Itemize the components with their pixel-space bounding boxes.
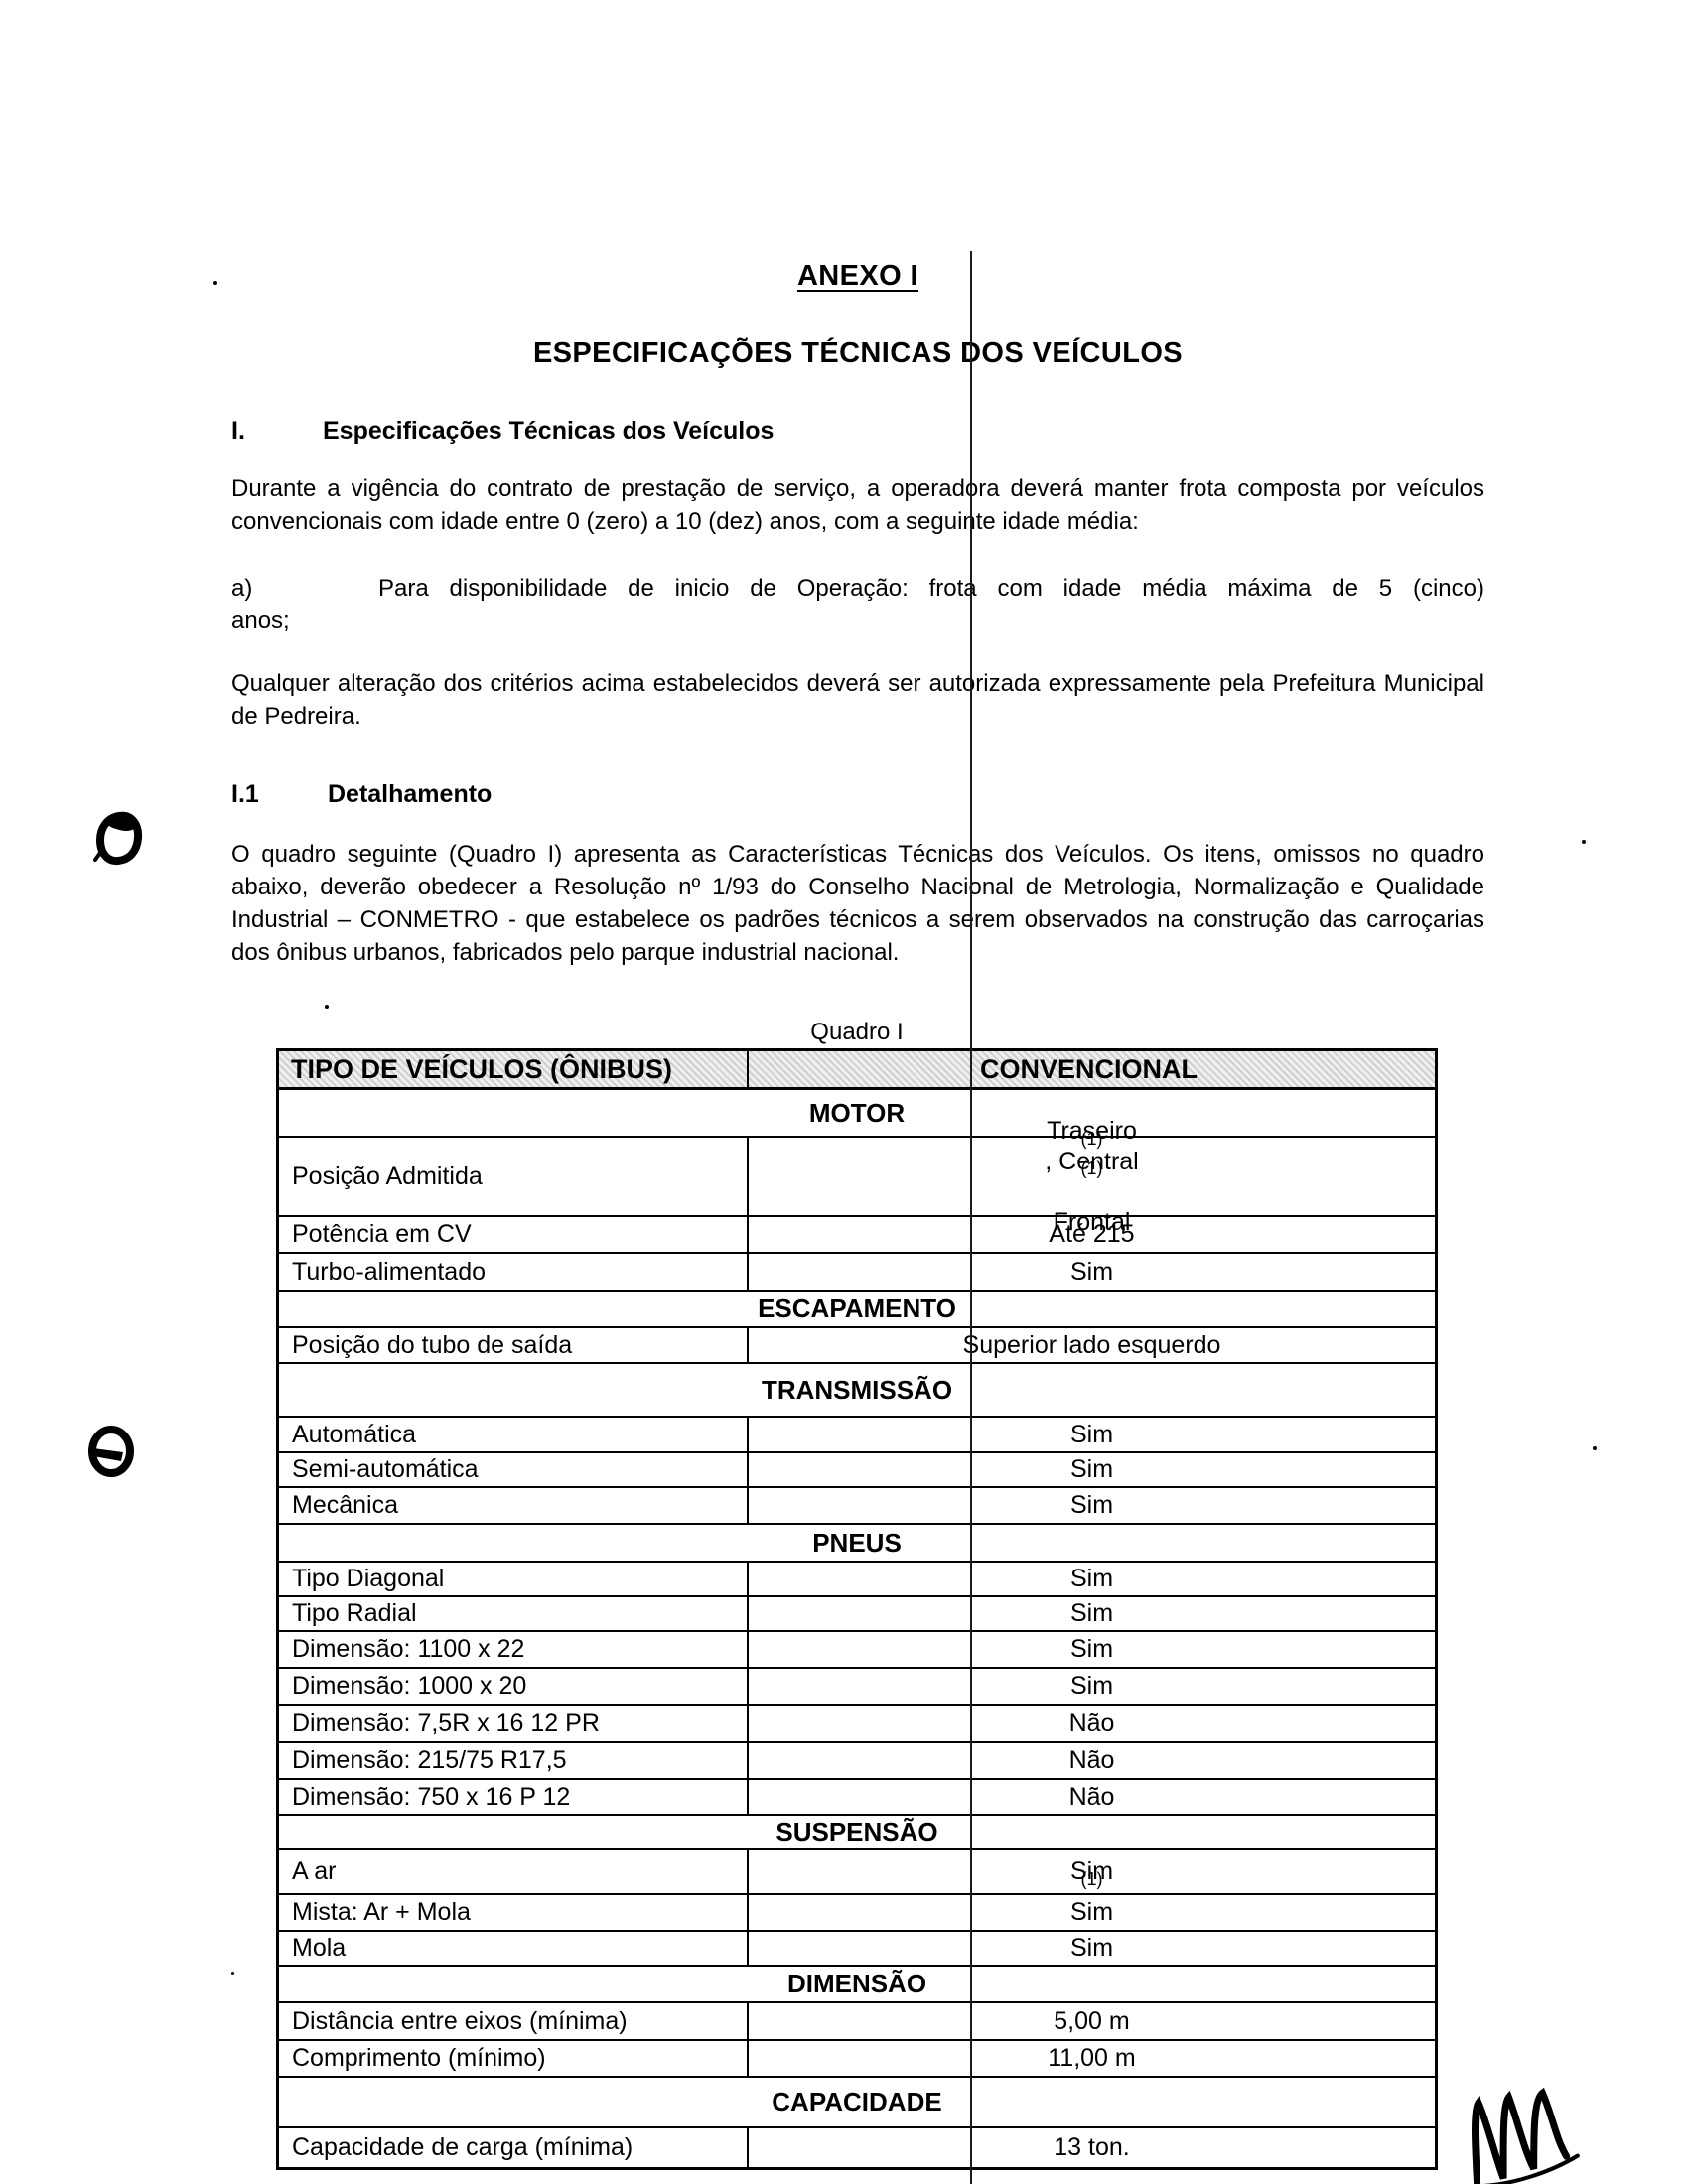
section-1-1-title: Detalhamento [328, 780, 492, 809]
table-row-label: Tipo Radial [279, 1597, 749, 1630]
table-row-value: 5,00 m [749, 2003, 1435, 2039]
paragraph-item-a: a)Para disponibilidade de inicio de Oper… [231, 572, 1484, 637]
table-row-value: Sim [749, 1632, 1435, 1667]
table-row: Dimensão: 7,5R x 16 12 PRNão [279, 1706, 1435, 1743]
table-section-row: SUSPENSÃO [279, 1816, 1435, 1850]
handwritten-scribble-icon [1460, 2085, 1589, 2184]
table-section-row: ESCAPAMENTO [279, 1292, 1435, 1328]
table-row-value: Sim [749, 1669, 1435, 1704]
table-section-row: PNEUS [279, 1525, 1435, 1563]
table-row-label: Dimensão: 1100 x 22 [279, 1632, 749, 1667]
speck-icon [325, 1005, 329, 1009]
speck-icon [1582, 840, 1586, 844]
ink-blot-icon [85, 1424, 137, 1481]
table-row-label: Dimensão: 7,5R x 16 12 PR [279, 1706, 749, 1741]
table-row-value: Sim [749, 1932, 1435, 1965]
paragraph-authorization: Qualquer alteração dos critérios acima e… [231, 667, 1484, 733]
table-row-label: Mecânica [279, 1488, 749, 1523]
table-section-label: ESCAPAMENTO [758, 1294, 956, 1324]
table-row-value: 13 ton. [749, 2128, 1435, 2167]
ink-blot-icon [93, 808, 145, 868]
table-row-label: Mola [279, 1932, 749, 1965]
table-row: Dimensão: 750 x 16 P 12Não [279, 1780, 1435, 1816]
table-row-value: Até 215 [749, 1217, 1435, 1252]
table-section-label: PNEUS [812, 1528, 902, 1559]
table-header-vehicle-type: TIPO DE VEÍCULOS (ÔNIBUS) [279, 1051, 749, 1087]
table-row: Potência em CVAté 215 [279, 1217, 1435, 1254]
table-row: MolaSim [279, 1932, 1435, 1967]
table-row: Capacidade de carga (mínima)13 ton. [279, 2128, 1435, 2167]
table-row-value: Traseiro (1), Central (1)Frontal [749, 1138, 1435, 1215]
speck-icon [1593, 1446, 1597, 1450]
table-row: Tipo RadialSim [279, 1597, 1435, 1632]
table-row: Dimensão: 1000 x 20Sim [279, 1669, 1435, 1706]
table-row-value: Sim [749, 1488, 1435, 1523]
table-section-label: DIMENSÃO [787, 1969, 926, 1999]
table-row-value: Sim [749, 1563, 1435, 1595]
table-row: Turbo-alimentadoSim [279, 1254, 1435, 1292]
table-header-convencional: CONVENCIONAL [749, 1051, 1435, 1087]
table-row-label: Capacidade de carga (mínima) [279, 2128, 749, 2167]
table-row-label: Distância entre eixos (mínima) [279, 2003, 749, 2039]
item-a-text-2: anos; [231, 608, 290, 634]
table-row: Posição AdmitidaTraseiro (1), Central (1… [279, 1138, 1435, 1217]
table-section-label: SUSPENSÃO [775, 1817, 937, 1847]
table-row: Mista: Ar + MolaSim [279, 1895, 1435, 1932]
table-row-label: Posição Admitida [279, 1138, 749, 1215]
table-section-label: TRANSMISSÃO [762, 1375, 952, 1406]
table-caption: Quadro I [276, 1019, 1438, 1046]
table-row-label: Comprimento (mínimo) [279, 2041, 749, 2076]
table-row-label: Turbo-alimentado [279, 1254, 749, 1290]
item-a-label: a) [231, 572, 378, 605]
table-row-label: Automática [279, 1418, 749, 1451]
table-row-label: Dimensão: 1000 x 20 [279, 1669, 749, 1704]
table-row-label: Mista: Ar + Mola [279, 1895, 749, 1930]
table-row: A arSim (1) [279, 1850, 1435, 1895]
table-row-label: Dimensão: 215/75 R17,5 [279, 1743, 749, 1778]
table-row: AutomáticaSim [279, 1418, 1435, 1453]
speck-icon [231, 1972, 234, 1975]
table-row-label: Dimensão: 750 x 16 P 12 [279, 1780, 749, 1814]
table-row: Dimensão: 1100 x 22Sim [279, 1632, 1435, 1669]
paragraph-quadro-intro: O quadro seguinte (Quadro I) apresenta a… [231, 838, 1484, 969]
table-row-value: Não [749, 1780, 1435, 1814]
table-row: MecânicaSim [279, 1488, 1435, 1525]
table-row-label: Tipo Diagonal [279, 1563, 749, 1595]
page-title: ANEXO I [231, 260, 1484, 293]
table-row-label: Potência em CV [279, 1217, 749, 1252]
table-header-row: TIPO DE VEÍCULOS (ÔNIBUS) CONVENCIONAL [279, 1051, 1435, 1090]
page-title-text: ANEXO I [797, 260, 918, 292]
table-row-value: 11,00 m [749, 2041, 1435, 2076]
speck-icon [213, 281, 217, 285]
table-row: Comprimento (mínimo)11,00 m [279, 2041, 1435, 2078]
table-row-value: Não [749, 1743, 1435, 1778]
table-row-label: A ar [279, 1850, 749, 1893]
table-section-row: TRANSMISSÃO [279, 1364, 1435, 1418]
section-1-title: Especificações Técnicas dos Veículos [323, 417, 774, 446]
table-section-label: MOTOR [809, 1098, 905, 1129]
section-1-number: I. [231, 417, 323, 446]
table-section-row: MOTOR [279, 1090, 1435, 1138]
table-row-value: Sim [749, 1597, 1435, 1630]
table-body: MOTORPosição AdmitidaTraseiro (1), Centr… [279, 1090, 1435, 2167]
table-row-value: Sim (1) [749, 1850, 1435, 1893]
table-row: Dimensão: 215/75 R17,5Não [279, 1743, 1435, 1780]
section-1-heading: I. Especificações Técnicas dos Veículos [231, 417, 774, 446]
table-row-label: Posição do tubo de saída [279, 1328, 749, 1362]
table-row-value: Sim [749, 1453, 1435, 1486]
table-row-value: Não [749, 1706, 1435, 1741]
table-row-value: Superior lado esquerdo [749, 1328, 1435, 1362]
paragraph-fleet-age: Durante a vigência do contrato de presta… [231, 473, 1484, 538]
table-row: Semi-automáticaSim [279, 1453, 1435, 1488]
table-row: Tipo DiagonalSim [279, 1563, 1435, 1597]
section-1-1-number: I.1 [231, 780, 328, 809]
table-row: Distância entre eixos (mínima)5,00 m [279, 2003, 1435, 2041]
table-row: Posição do tubo de saídaSuperior lado es… [279, 1328, 1435, 1364]
section-1-1-heading: I.1 Detalhamento [231, 780, 492, 809]
table-section-row: CAPACIDADE [279, 2078, 1435, 2128]
vehicle-spec-table: TIPO DE VEÍCULOS (ÔNIBUS) CONVENCIONAL M… [276, 1048, 1438, 2170]
table-section-label: CAPACIDADE [772, 2087, 941, 2117]
page-subtitle: ESPECIFICAÇÕES TÉCNICAS DOS VEÍCULOS [231, 338, 1484, 370]
item-a-text: Para disponibilidade de inicio de Operaç… [378, 575, 1484, 602]
document-page: ANEXO I ESPECIFICAÇÕES TÉCNICAS DOS VEÍC… [0, 0, 1692, 2184]
table-row-value: Sim [749, 1418, 1435, 1451]
table-row-value: Sim [749, 1895, 1435, 1930]
table-row-label: Semi-automática [279, 1453, 749, 1486]
scan-fold-line [970, 251, 972, 2184]
table-section-row: DIMENSÃO [279, 1967, 1435, 2003]
table-row-value: Sim [749, 1254, 1435, 1290]
